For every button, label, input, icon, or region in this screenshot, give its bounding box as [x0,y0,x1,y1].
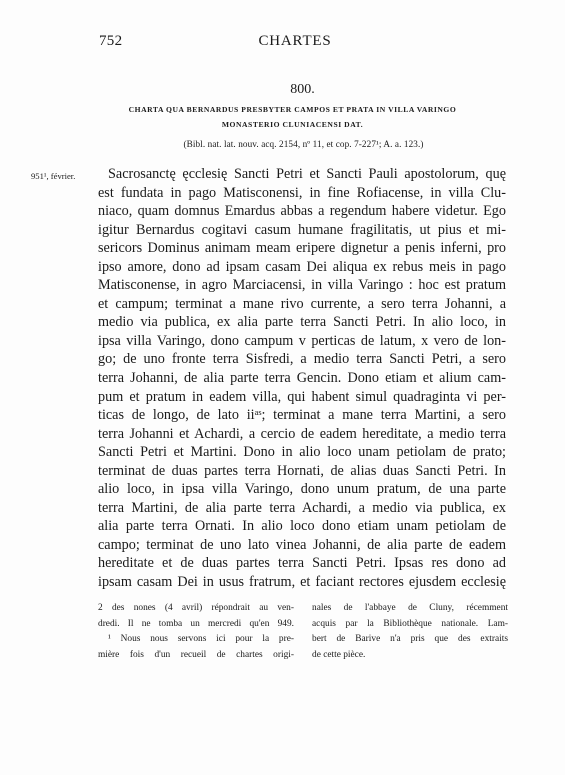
body-line: Sacrosanctę ęcclesię Sancti Petri et San… [98,165,506,184]
body-line: igitur Bernardus cogitavi casum humane f… [98,221,506,240]
body-line: niaco, quam domnus Emardus abbas a regen… [98,202,506,221]
body-line: alio loco, in ipsa villa Varingo, dono u… [98,480,506,499]
footnote-line: mière fois d'un recueil de chartes origi… [98,648,294,664]
running-head: 752 CHARTES [0,33,565,53]
footnote-line: 2 des nones (4 avril) répondrait au ven- [98,601,294,617]
body-line: et campum; terminat a mane rivo currente… [98,295,506,314]
footnote-line: acquis par la Bibliothèque nationale. La… [312,617,508,633]
body-line: pum et pratum in eadem villa, qui habent… [98,388,506,407]
footnotes-right-column: nales de l'abbaye de Cluny, récemment ac… [312,601,508,664]
body-line: ticas de longo, de lato iiᵃˢ; terminat a… [98,406,506,425]
running-title: CHARTES [0,33,565,50]
body-line: sericors Dominus animam meam eripere dig… [98,239,506,258]
book-page: 752 CHARTES 800. CHARTA QUA BERNARDUS PR… [0,0,565,775]
body-line: terra Johanni, de alia parte terra Genci… [98,369,506,388]
charter-heading: CHARTA QUA BERNARDUS PRESBYTER CAMPOS ET… [120,103,465,132]
charter-number: 800. [0,82,565,98]
body-line: hereditate et de duas partes terra Sanct… [98,554,506,573]
footnote-line: bert de Barive n'a pris que des extraits [312,632,508,648]
source-reference: (Bibl. nat. lat. nouv. acq. 2154, nº 11,… [0,139,565,149]
body-line: medio via publica, ex alia parte terra S… [98,313,506,332]
charter-body-text: Sacrosanctę ęcclesię Sancti Petri et San… [98,165,506,592]
body-line: alia parte terra Ornati. In alio loco do… [98,517,506,536]
body-line: terminat de duas partes terra Hornati, d… [98,462,506,481]
charter-heading-line: CHARTA QUA BERNARDUS PRESBYTER CAMPOS ET… [120,103,465,118]
body-line: ipsam casam Dei in usus fratrum, et faci… [98,573,506,592]
charter-heading-line: MONASTERIO CLUNIACENSI DAT. [120,118,465,133]
body-line: campo; terminat de uno lato vinea Johann… [98,536,506,555]
body-line: Sancti Petri et Martini. Dono in alio lo… [98,443,506,462]
footnote-line: nales de l'abbaye de Cluny, récemment [312,601,508,617]
body-line: terra Johanni et Achardi, a cercio de ea… [98,425,506,444]
margin-date-note: 951¹, février. [31,171,75,181]
body-line: Matisconense, in agro Marciacensi, in vi… [98,276,506,295]
body-line: est fundata in pago Matisconensi, in fin… [98,184,506,203]
body-line: ipso amore, dono ad ipsam casam Dei aliq… [98,258,506,277]
footnotes-left-column: 2 des nones (4 avril) répondrait au ven-… [98,601,294,664]
footnote-line: ¹ Nous nous servons ici pour la pre- [98,632,294,648]
body-line: terra Martini, de alia parte terra Achar… [98,499,506,518]
footnote-line: de cette pièce. [312,648,508,664]
footnote-line: dredi. Il ne tomba un mercredi qu'en 949… [98,617,294,633]
body-line: ipsa villa Varingo, dono campum v pertic… [98,332,506,351]
body-line: go; de uno fronte terra Sisfredi, a medi… [98,350,506,369]
